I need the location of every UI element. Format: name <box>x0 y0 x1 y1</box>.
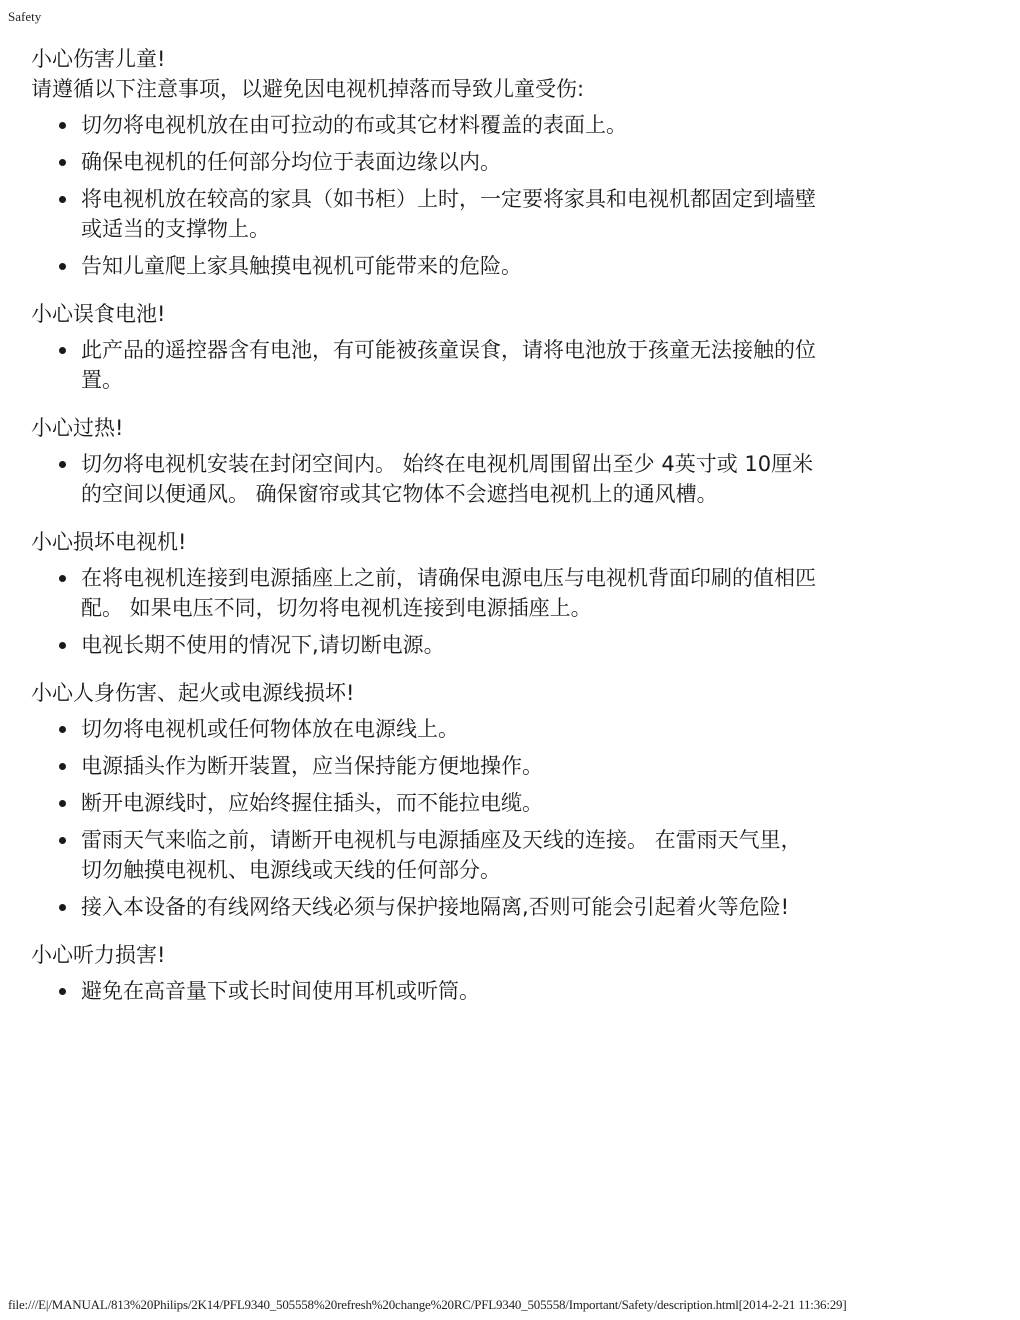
list-item: 切勿将电视机安装在封闭空间内。 始终在电视机周围留出至少 4英寸或 10厘米的空… <box>81 449 821 509</box>
list-item: 电视长期不使用的情况下,请切断电源。 <box>81 630 821 660</box>
list-item: 将电视机放在较高的家具（如书柜）上时，一定要将家具和电视机都固定到墙壁或适当的支… <box>81 184 821 244</box>
list-item: 切勿将电视机放在由可拉动的布或其它材料覆盖的表面上。 <box>81 110 821 140</box>
list-item: 雷雨天气来临之前，请断开电视机与电源插座及天线的连接。 在雷雨天气里，切勿触摸电… <box>81 825 821 885</box>
list-item: 此产品的遥控器含有电池，有可能被孩童误食，请将电池放于孩童无法接触的位置。 <box>81 335 821 395</box>
bullet-list: 切勿将电视机安装在封闭空间内。 始终在电视机周围留出至少 4英寸或 10厘米的空… <box>31 449 821 509</box>
section-title: 小心损坏电视机! <box>31 527 821 557</box>
section-child-safety: 小心伤害儿童! 请遵循以下注意事项，以避免因电视机掉落而导致儿童受伤: 切勿将电… <box>31 44 821 281</box>
list-item: 在将电视机连接到电源插座上之前，请确保电源电压与电视机背面印刷的值相匹配。 如果… <box>81 563 821 623</box>
section-overheat: 小心过热! 切勿将电视机安装在封闭空间内。 始终在电视机周围留出至少 4英寸或 … <box>31 413 821 509</box>
page-header-title: Safety <box>8 9 41 25</box>
bullet-list: 切勿将电视机或任何物体放在电源线上。 电源插头作为断开装置，应当保持能方便地操作… <box>31 714 821 922</box>
intro-text: 请遵循以下注意事项，以避免因电视机掉落而导致儿童受伤: <box>31 77 584 101</box>
bullet-list: 切勿将电视机放在由可拉动的布或其它材料覆盖的表面上。 确保电视机的任何部分均位于… <box>31 110 821 281</box>
section-battery: 小心误食电池! 此产品的遥控器含有电池，有可能被孩童误食，请将电池放于孩童无法接… <box>31 299 821 395</box>
section-title: 小心伤害儿童! <box>31 44 821 74</box>
list-item: 确保电视机的任何部分均位于表面边缘以内。 <box>81 147 821 177</box>
list-item: 接入本设备的有线网络天线必须与保护接地隔离,否则可能会引起着火等危险! <box>81 892 821 922</box>
list-item: 告知儿童爬上家具触摸电视机可能带来的危险。 <box>81 251 821 281</box>
list-item: 避免在高音量下或长时间使用耳机或听筒。 <box>81 976 821 1006</box>
section-hearing: 小心听力损害! 避免在高音量下或长时间使用耳机或听筒。 <box>31 940 821 1006</box>
section-title: 小心误食电池! <box>31 299 821 329</box>
section-tv-damage: 小心损坏电视机! 在将电视机连接到电源插座上之前，请确保电源电压与电视机背面印刷… <box>31 527 821 660</box>
bullet-list: 避免在高音量下或长时间使用耳机或听筒。 <box>31 976 821 1006</box>
list-item: 电源插头作为断开装置，应当保持能方便地操作。 <box>81 751 821 781</box>
list-item: 断开电源线时，应始终握住插头，而不能拉电缆。 <box>81 788 821 818</box>
section-injury-fire: 小心人身伤害、起火或电源线损坏! 切勿将电视机或任何物体放在电源线上。 电源插头… <box>31 678 821 922</box>
bullet-list: 在将电视机连接到电源插座上之前，请确保电源电压与电视机背面印刷的值相匹配。 如果… <box>31 563 821 660</box>
section-title: 小心人身伤害、起火或电源线损坏! <box>31 678 821 708</box>
safety-content: 小心伤害儿童! 请遵循以下注意事项，以避免因电视机掉落而导致儿童受伤: 切勿将电… <box>31 44 821 1024</box>
intro: 小心伤害儿童! 请遵循以下注意事项，以避免因电视机掉落而导致儿童受伤: <box>31 44 821 104</box>
section-title: 小心听力损害! <box>31 940 821 970</box>
list-item: 切勿将电视机或任何物体放在电源线上。 <box>81 714 821 744</box>
bullet-list: 此产品的遥控器含有电池，有可能被孩童误食，请将电池放于孩童无法接触的位置。 <box>31 335 821 395</box>
page-footer-url: file:///E|/MANUAL/813%20Philips/2K14/PFL… <box>8 1297 846 1313</box>
section-title: 小心过热! <box>31 413 821 443</box>
